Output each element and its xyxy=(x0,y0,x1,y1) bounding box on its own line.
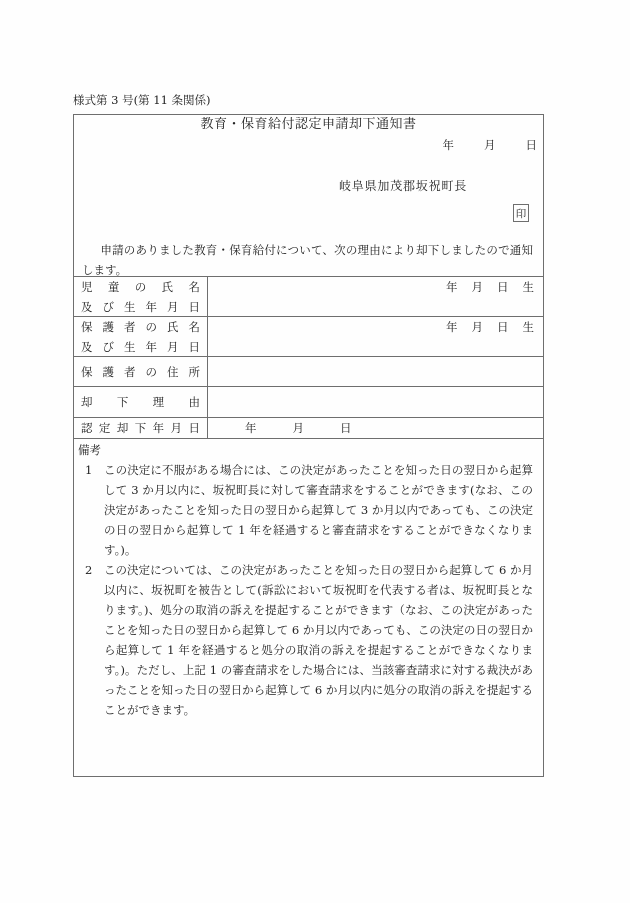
row-label-guardian-address: 保護者の住所 xyxy=(74,357,208,386)
year-blank-label: 年 xyxy=(443,137,455,153)
row-label-line: 保護者の住所 xyxy=(81,362,200,382)
birthdate-blank: 年 xyxy=(446,317,458,337)
month-blank-label: 月 xyxy=(484,137,496,153)
row-label-line: 認定却下年月日 xyxy=(81,418,200,438)
table-row-rejection-reason: 却下理由 xyxy=(74,387,543,418)
remarks-heading: 備考 xyxy=(78,440,533,460)
seal-character: 印 xyxy=(516,206,527,221)
remark-text: この決定については、この決定があったことを知った日の翌日から起算して 6 か月以… xyxy=(104,560,533,720)
birthdate-blank: 月 xyxy=(472,317,484,337)
row-value-child-birthdate: 年 月 日 生 xyxy=(208,277,543,316)
row-label-line: 却下理由 xyxy=(81,392,200,412)
table-row-rejection-date: 認定却下年月日 年 月 日 xyxy=(74,418,543,439)
birthdate-blank: 月 xyxy=(472,277,484,297)
remark-number: 1 xyxy=(78,460,104,560)
issuer-name: 岐阜県加茂郡坂祝町長 xyxy=(339,178,467,194)
row-label-guardian-name: 保護者の氏名 及び生年月日 xyxy=(74,317,208,356)
birthdate-blank: 日 xyxy=(497,317,509,337)
row-label-line: 及び生年月日 xyxy=(81,297,200,317)
row-value-guardian-address xyxy=(208,357,543,386)
row-label-rejection-reason: 却下理由 xyxy=(74,387,208,417)
remarks-section: 備考 1 この決定に不服がある場合には、この決定があったことを知った日の翌日から… xyxy=(74,439,543,776)
row-value-rejection-date: 年 月 日 xyxy=(208,418,543,438)
row-value-guardian-birthdate: 年 月 日 生 xyxy=(208,317,543,356)
row-label-line: 児童の氏名 xyxy=(81,277,200,297)
day-blank-label: 日 xyxy=(526,137,538,153)
remark-item-2: 2 この決定については、この決定があったことを知った日の翌日から起算して 6 か… xyxy=(78,560,533,720)
remark-number: 2 xyxy=(78,560,104,720)
document-page: 様式第 3 号(第 11 条関係) 教育・保育給付認定申請却下通知書 年 月 日… xyxy=(0,0,630,903)
table-row-guardian-address: 保護者の住所 xyxy=(74,357,543,387)
form-number: 様式第 3 号(第 11 条関係) xyxy=(73,93,211,107)
intro-paragraph: 申請のありました教育・保育給付について、次の理由により却下しましたので通知します… xyxy=(82,240,533,280)
date-blank: 日 xyxy=(340,418,352,438)
birthdate-blank: 日 xyxy=(497,277,509,297)
remark-text: この決定に不服がある場合には、この決定があったことを知った日の翌日から起算して … xyxy=(104,460,533,560)
notice-box: 教育・保育給付認定申請却下通知書 年 月 日 岐阜県加茂郡坂祝町長 印 申請のあ… xyxy=(73,114,544,777)
seal-stamp: 印 xyxy=(513,204,529,222)
row-label-line: 及び生年月日 xyxy=(81,337,200,357)
row-value-rejection-reason xyxy=(208,387,543,417)
table-row-guardian-name: 保護者の氏名 及び生年月日 年 月 日 生 xyxy=(74,317,543,357)
applicant-table: 児童の氏名 及び生年月日 年 月 日 生 保護者の氏名 及び生年月日 年 月 xyxy=(74,276,543,776)
date-blank: 年 xyxy=(245,418,257,438)
issue-date-line: 年 月 日 xyxy=(443,137,538,153)
date-blank: 月 xyxy=(293,418,305,438)
row-label-rejection-date: 認定却下年月日 xyxy=(74,418,208,438)
document-title: 教育・保育給付認定申請却下通知書 xyxy=(74,117,543,133)
row-label-child-name: 児童の氏名 及び生年月日 xyxy=(74,277,208,316)
birthdate-blank: 生 xyxy=(523,317,535,337)
remark-item-1: 1 この決定に不服がある場合には、この決定があったことを知った日の翌日から起算し… xyxy=(78,460,533,560)
birthdate-blank: 年 xyxy=(446,277,458,297)
table-row-child-name: 児童の氏名 及び生年月日 年 月 日 生 xyxy=(74,277,543,317)
row-label-line: 保護者の氏名 xyxy=(81,317,200,337)
birthdate-blank: 生 xyxy=(523,277,535,297)
